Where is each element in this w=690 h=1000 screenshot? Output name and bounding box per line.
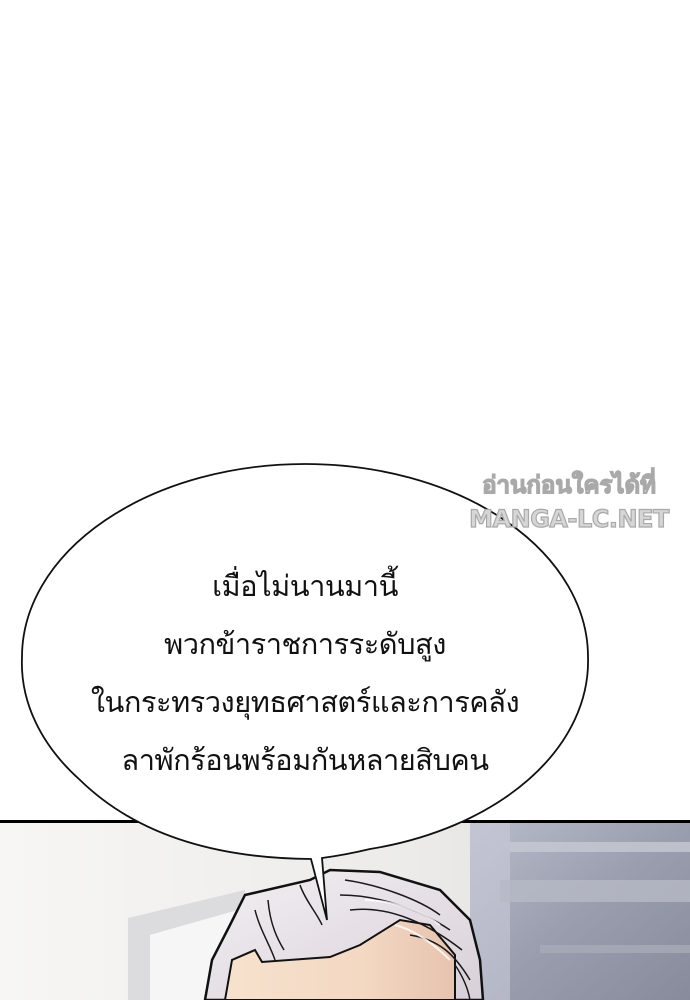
- comic-page: เมื่อไม่นานมานี้ พวกข้าราชการระดับสูง ใน…: [0, 0, 690, 1000]
- speech-line-1: เมื่อไม่นานมานี้: [40, 557, 570, 615]
- watermark: อ่านก่อนใครได้ที่ MANGA-LC.NET: [454, 468, 684, 536]
- speech-line-2: พวกข้าราชการระดับสูง: [40, 615, 570, 673]
- watermark-tagline: อ่านก่อนใครได้ที่: [454, 468, 684, 502]
- speech-line-3: ในกระทรวงยุทธศาสตร์และการคลัง: [40, 673, 570, 731]
- speech-bubble-text: เมื่อไม่นานมานี้ พวกข้าราชการระดับสูง ใน…: [40, 557, 570, 789]
- watermark-site: MANGA-LC.NET: [454, 502, 684, 536]
- speech-line-4: ลาพักร้อนพร้อมกันหลายสิบคน: [40, 731, 570, 789]
